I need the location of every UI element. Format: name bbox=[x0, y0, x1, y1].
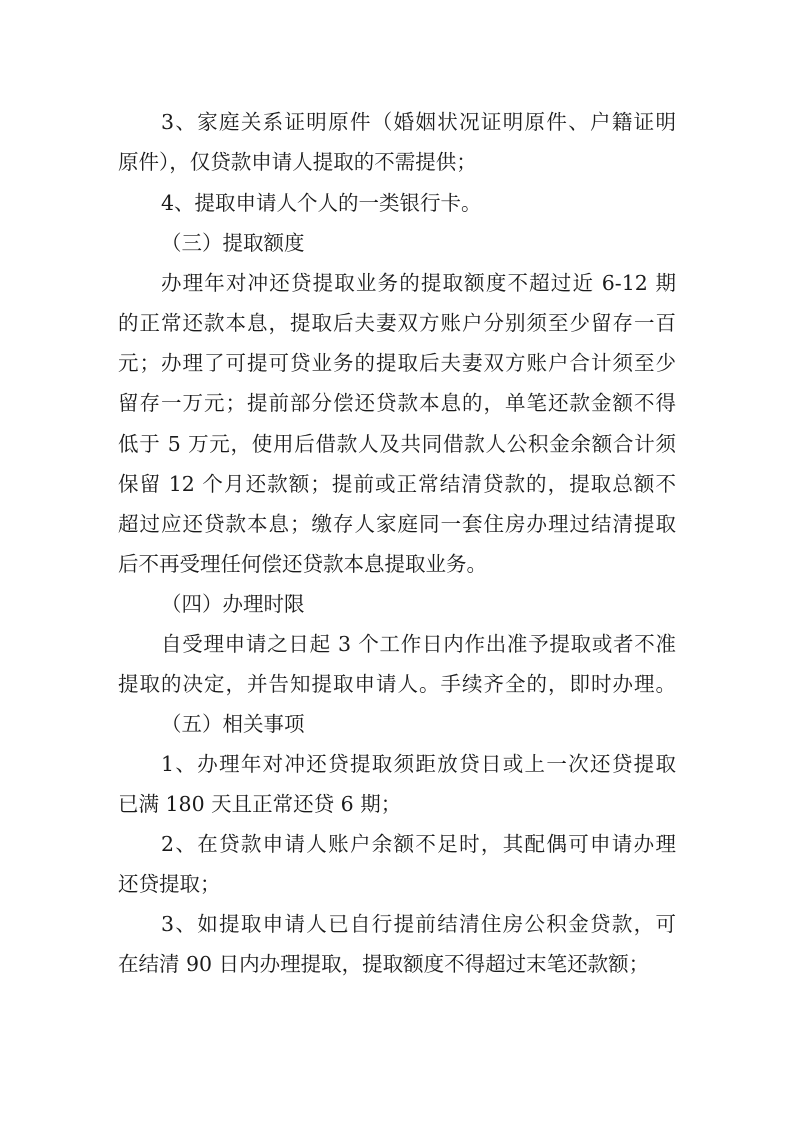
paragraph-line: 已满 180 天且正常还贷 6 期； bbox=[118, 789, 676, 819]
paragraph-line: 还贷提取； bbox=[118, 869, 676, 899]
paragraph-line: 的正常还款本息，提取后夫妻双方账户分别须至少留存一百 bbox=[118, 308, 676, 338]
paragraph-line: 办理年对冲还贷提取业务的提取额度不超过近 6-12 期 bbox=[161, 268, 676, 298]
document-page: 3、家庭关系证明原件（婚姻状况证明原件、户籍证明 原件），仅贷款申请人提取的不需… bbox=[0, 0, 794, 1122]
section-heading: （三）提取额度 bbox=[161, 228, 676, 258]
paragraph-line: 超过应还贷款本息；缴存人家庭同一套住房办理过结清提取 bbox=[118, 509, 676, 539]
paragraph-line: 3、如提取申请人已自行提前结清住房公积金贷款，可 bbox=[161, 909, 676, 939]
section-heading: （四）办理时限 bbox=[161, 589, 676, 619]
paragraph-line: 2、在贷款申请人账户余额不足时，其配偶可申请办理 bbox=[161, 829, 676, 859]
paragraph-line: 在结清 90 日内办理提取，提取额度不得超过末笔还款额； bbox=[118, 949, 676, 979]
paragraph-line: 提取的决定，并告知提取申请人。手续齐全的，即时办理。 bbox=[118, 669, 676, 699]
section-heading: （五）相关事项 bbox=[161, 709, 676, 739]
paragraph-line: 后不再受理任何偿还贷款本息提取业务。 bbox=[118, 549, 676, 579]
paragraph-line: 4、提取申请人个人的一类银行卡。 bbox=[161, 188, 676, 218]
paragraph-line: 3、家庭关系证明原件（婚姻状况证明原件、户籍证明 bbox=[161, 107, 676, 137]
paragraph-line: 自受理申请之日起 3 个工作日内作出准予提取或者不准 bbox=[161, 629, 676, 659]
paragraph-line: 保留 12 个月还款额；提前或正常结清贷款的，提取总额不 bbox=[118, 469, 676, 499]
paragraph-line: 原件），仅贷款申请人提取的不需提供； bbox=[118, 147, 676, 177]
paragraph-line: 留存一万元；提前部分偿还贷款本息的，单笔还款金额不得 bbox=[118, 388, 676, 418]
paragraph-line: 低于 5 万元，使用后借款人及共同借款人公积金余额合计须 bbox=[118, 429, 676, 459]
paragraph-line: 元；办理了可提可贷业务的提取后夫妻双方账户合计须至少 bbox=[118, 348, 676, 378]
paragraph-line: 1、办理年对冲还贷提取须距放贷日或上一次还贷提取 bbox=[161, 749, 676, 779]
